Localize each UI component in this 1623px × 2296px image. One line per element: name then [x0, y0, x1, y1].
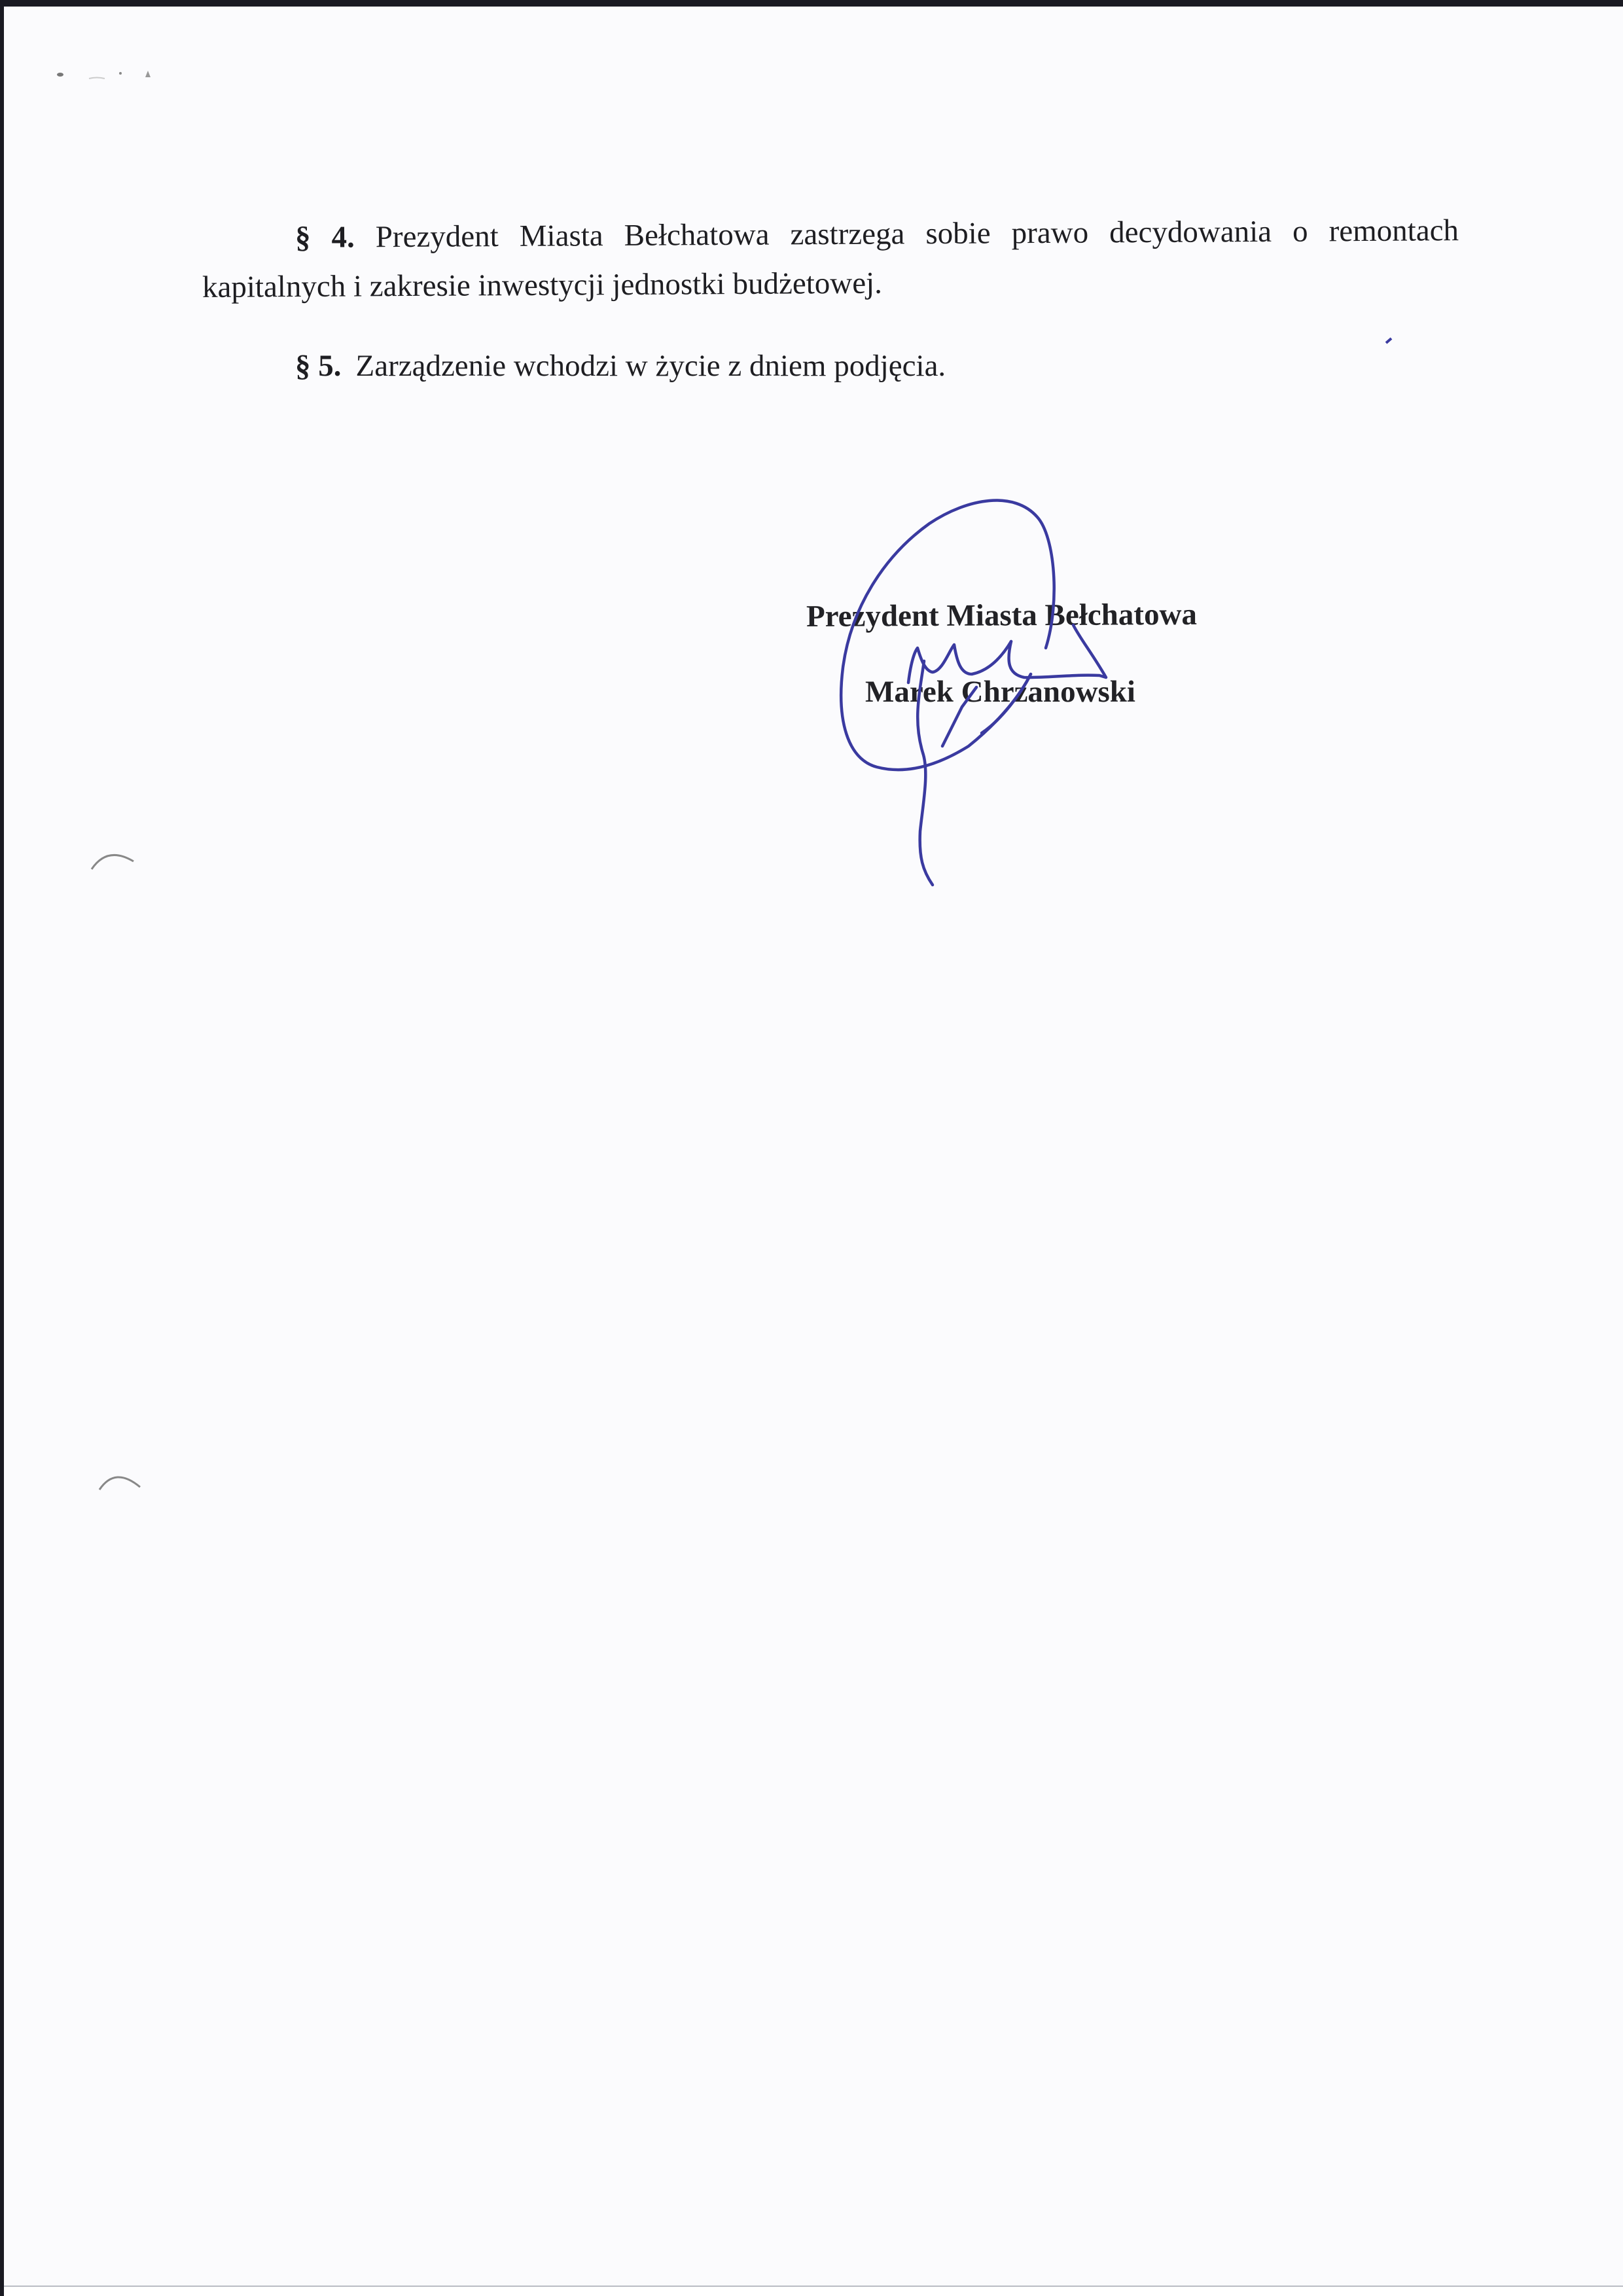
paragraph-4-line-1: § 4. Prezydent Miasta Bełchatowa zastrze…: [295, 206, 1459, 262]
page-bottom-edge: [4, 2286, 1623, 2296]
paragraph-5: § 5.Zarządzenie wchodzi w życie z dniem …: [295, 342, 946, 390]
punch-hole-mark: [88, 843, 140, 876]
paragraph-4-marker: § 4.: [295, 220, 355, 255]
signatory-title: Prezydent Miasta Bełchatowa: [806, 597, 1197, 634]
scan-specks: [50, 65, 168, 92]
paragraph-5-marker: § 5.: [295, 349, 342, 383]
punch-hole-mark: [96, 1463, 148, 1496]
ink-speck: [1385, 336, 1394, 346]
paragraph-4-line-2: kapitalnych i zakresie inwestycji jednos…: [202, 259, 882, 312]
paragraph-4-text: Prezydent Miasta Bełchatowa zastrzega so…: [376, 213, 1459, 254]
paragraph-5-text: Zarządzenie wchodzi w życie z dniem podj…: [356, 349, 946, 383]
signatory-name: Marek Chrzanowski: [865, 674, 1135, 709]
